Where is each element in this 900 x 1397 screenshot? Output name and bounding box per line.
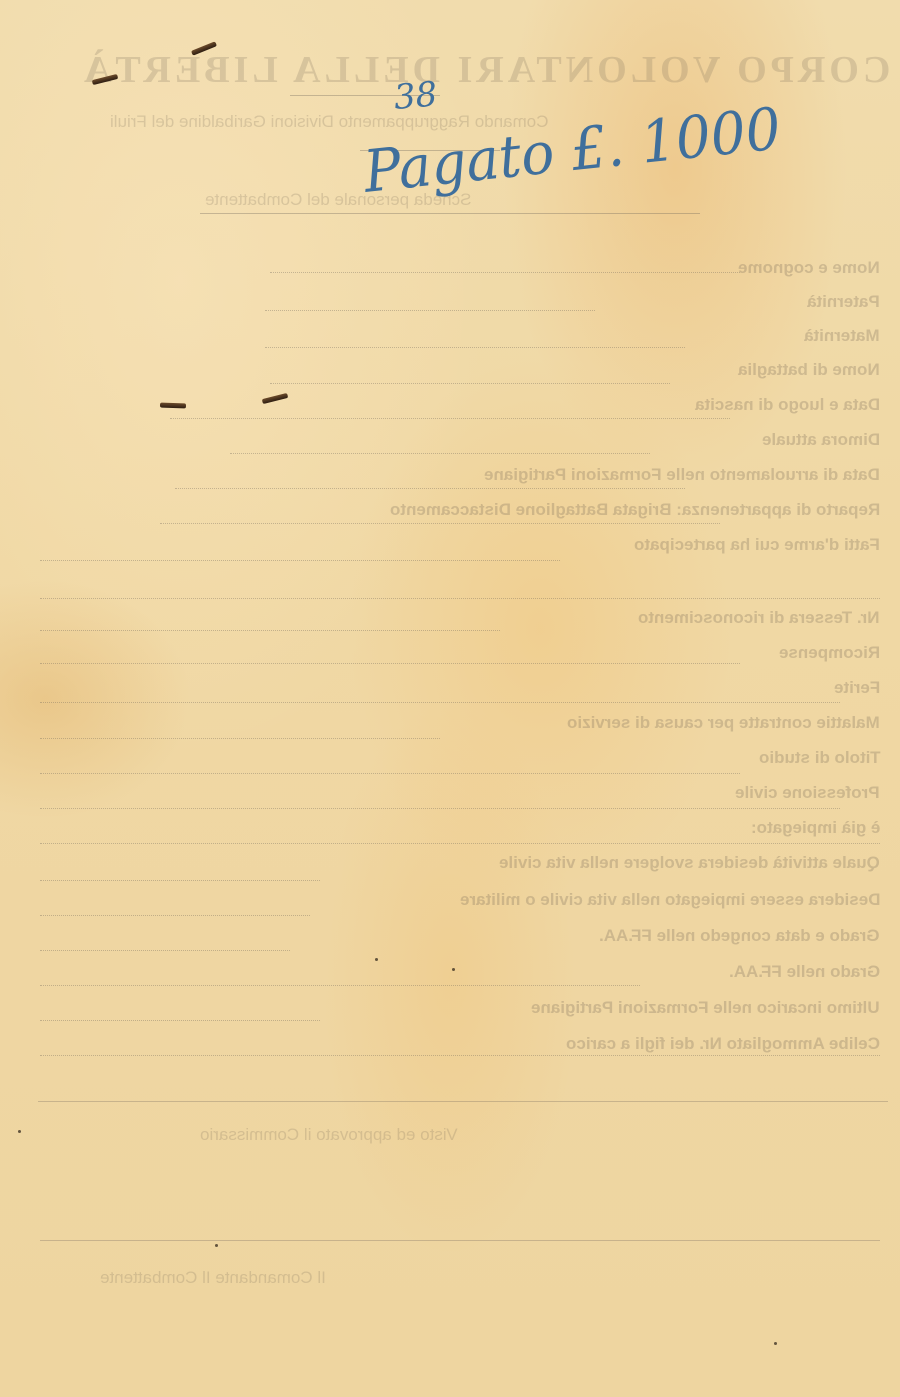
form-line (40, 950, 290, 951)
bleed-row: Data e luogo di nascita (695, 395, 880, 415)
bleed-row: Professione civile (735, 783, 880, 803)
document-page: CORPO VOLONTARI DELLA LIBERTÀ Comando Ra… (0, 0, 900, 1397)
staple-mark (160, 403, 186, 409)
form-line (270, 272, 740, 273)
form-line (40, 663, 740, 664)
form-line (40, 1055, 880, 1056)
bleed-row: Titolo di studio (759, 748, 881, 768)
bleed-row: Maternità (804, 326, 880, 346)
paper-speck (452, 968, 455, 971)
form-line (160, 523, 720, 524)
form-line (40, 702, 840, 703)
bleed-row: Ricompense (779, 643, 880, 663)
form-line (175, 488, 685, 489)
form-line (40, 880, 320, 881)
paper-speck (18, 1130, 21, 1133)
bleed-row: Nome e cognome (738, 258, 880, 278)
form-line (40, 560, 560, 561)
bleed-row: Fatti d'arme cui ha partecipato (634, 535, 880, 555)
form-line (40, 773, 740, 774)
form-line (265, 310, 595, 311)
bleed-row: Nome di battaglia (738, 360, 880, 380)
bleed-row: Ultimo incarico nelle Formazioni Partigi… (531, 998, 880, 1018)
bleed-row: Il Comandante Il Combattente (100, 1268, 326, 1288)
bleed-through-title: CORPO VOLONTARI DELLA LIBERTÀ (80, 48, 890, 92)
form-line (40, 630, 500, 631)
bleed-row: Ferite (834, 678, 880, 698)
bleed-row: Paternità (807, 292, 880, 312)
form-line (40, 738, 440, 739)
paper-speck (375, 958, 378, 961)
form-line (40, 915, 310, 916)
bleed-row: Visto ed approvato il Commissario (200, 1125, 458, 1145)
bleed-row: Reparto di appartenenza: Brigata Battagl… (390, 500, 880, 520)
staple-mark (262, 393, 288, 404)
bleed-row: Celibe Ammogliato Nr. dei figli a carico (566, 1034, 880, 1054)
bleed-row: Nr. Tessera di riconoscimento (638, 608, 880, 628)
bleed-row: Dimora attuale (762, 430, 880, 450)
bleed-row: Grado e data congedo nelle FF.AA. (599, 926, 880, 946)
form-line (40, 985, 640, 986)
header-rule-3 (200, 213, 700, 214)
form-line (170, 418, 730, 419)
bleed-row: Desidera essere impiegato nella vita civ… (460, 890, 880, 910)
paper-speck (774, 1342, 777, 1345)
form-line (38, 1101, 888, 1102)
form-line (40, 598, 880, 599)
form-line (40, 1240, 880, 1241)
bleed-row: Data di arruolamento nelle Formazioni Pa… (484, 465, 880, 485)
form-line (40, 1020, 320, 1021)
bleed-row: Quale attività desidera svolgere nella v… (499, 853, 880, 873)
bleed-row: Grado nelle FF.AA. (729, 962, 880, 982)
form-line (40, 843, 880, 844)
form-line (230, 453, 650, 454)
form-line (265, 347, 685, 348)
form-line (270, 383, 670, 384)
handwritten-number: 38 (392, 74, 439, 118)
form-line (40, 808, 840, 809)
paper-speck (215, 1244, 218, 1247)
bleed-row: è già impiegato: (751, 818, 880, 838)
bleed-row: Malattie contratte per causa di servizio (567, 713, 880, 733)
